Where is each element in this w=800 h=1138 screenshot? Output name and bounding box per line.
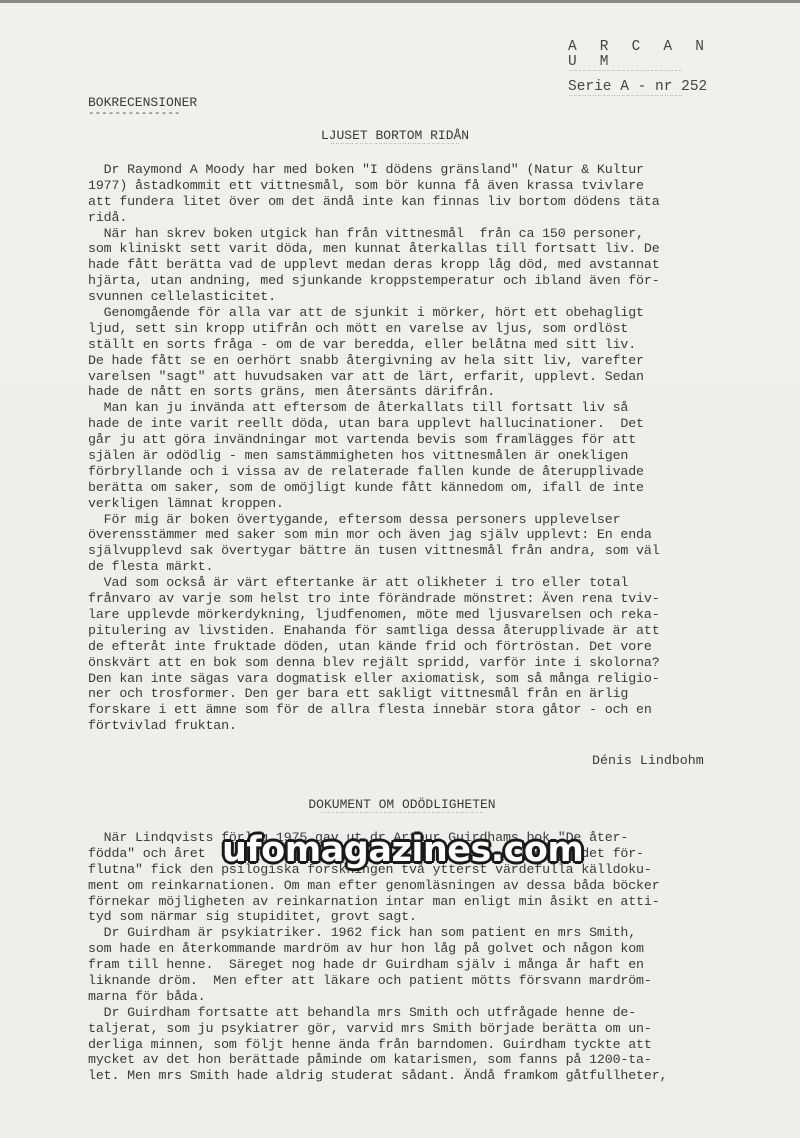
- watermark-logo: ufomagazines.com: [222, 830, 583, 870]
- text-line: Den kan inte sägas vara dogmatisk eller …: [88, 671, 728, 687]
- section-label-underline: --------------: [88, 110, 197, 118]
- text-line: de flesta märkt.: [88, 559, 728, 575]
- text-line: fram till henne. Säreget nog hade dr Gui…: [88, 957, 728, 973]
- text-line: går ju att göra invändningar mot vartend…: [88, 432, 728, 448]
- review1-title: LJUSET BORTOM RIDÅN: [290, 129, 500, 143]
- text-line: forskare i ett ämne som för de allra fle…: [88, 702, 728, 718]
- review2-heading: DOKUMENT OM ODÖDLIGHETEN """""""""""""""…: [282, 798, 522, 819]
- text-line: förbryllande och i vissa av de relaterad…: [88, 464, 728, 480]
- section-label: BOKRECENSIONER --------------: [88, 96, 197, 118]
- text-line: önskvärt att en bok som denna blev rejäl…: [88, 655, 728, 671]
- text-line: ställt en sorts fråga - om de var beredd…: [88, 337, 728, 353]
- text-line: Genomgående för alla var att de sjunkit …: [88, 305, 728, 321]
- text-line: ner och trosformer. Den ger bara ett sak…: [88, 686, 728, 702]
- magazine-title: A R C A N U M: [568, 40, 728, 70]
- page-top-edge: [0, 0, 800, 3]
- review2-title-underline: """""""""""""""""""""""""""""""""": [282, 812, 522, 819]
- text-line: svunnen cellelasticitet.: [88, 289, 728, 305]
- text-line: förtvivlad fruktan.: [88, 718, 728, 734]
- text-line: förnekar möjligheten av reinkarnation in…: [88, 894, 728, 910]
- text-line: Man kan ju invända att eftersom de återk…: [88, 400, 728, 416]
- text-line: liknande dröm. Men efter att läkare och …: [88, 973, 728, 989]
- text-line: När han skrev boken utgick han från vitt…: [88, 226, 728, 242]
- text-line: ljud, sett sin kropp utifrån och mött en…: [88, 321, 728, 337]
- text-line: överensstämmer med saker som min mor och…: [88, 527, 728, 543]
- text-line: hade de nått en sorts gräns, men återsän…: [88, 384, 728, 400]
- text-line: som kliniskt sett varit döda, men kunnat…: [88, 241, 728, 257]
- text-line: mycket av det hon berättade påminde om k…: [88, 1052, 728, 1068]
- text-line: verkligen lämnat kroppen.: [88, 496, 728, 512]
- text-line: Dr Raymond A Moody har med boken "I döde…: [88, 162, 728, 178]
- text-line: självupplevd sak övertygar bättre än tus…: [88, 543, 728, 559]
- text-line: Vad som också är värt eftertanke är att …: [88, 575, 728, 591]
- document-page: A R C A N U M """""""""""""""""""""""" S…: [0, 0, 800, 1138]
- text-line: Dr Guirdham fortsatte att behandla mrs S…: [88, 1005, 728, 1021]
- text-line: pitulering av livstiden. Enahanda för sa…: [88, 623, 728, 639]
- text-line: taljerat, som ju psykiatrer gör, varvid …: [88, 1021, 728, 1037]
- text-line: hade de inte varit reellt döda, utan bar…: [88, 416, 728, 432]
- text-line: let. Men mrs Smith hade aldrig studerat …: [88, 1068, 728, 1084]
- text-line: att fundera litet över om det ändå inte …: [88, 194, 728, 210]
- text-line: marna för båda.: [88, 989, 728, 1005]
- text-line: varelsen "sagt" att huvudsaken var att d…: [88, 369, 728, 385]
- text-line: 1977) åstadkommit ett vittnesmål, som bö…: [88, 178, 728, 194]
- review1-heading: LJUSET BORTOM RIDÅN """"""""""""""""""""…: [290, 129, 500, 150]
- review2-title: DOKUMENT OM ODÖDLIGHETEN: [282, 798, 522, 812]
- text-line: ridå.: [88, 210, 728, 226]
- review1-body: Dr Raymond A Moody har med boken "I döde…: [88, 162, 728, 734]
- text-line: hade fått berätta vad de upplevt medan d…: [88, 257, 728, 273]
- text-line: lare upplevde mörkerdykning, ljudfenomen…: [88, 607, 728, 623]
- text-line: frånvaro av varje som helst tro inte för…: [88, 591, 728, 607]
- text-line: Dr Guirdham är psykiatriker. 1962 fick h…: [88, 925, 728, 941]
- text-line: derliga minnen, som följt henne ända frå…: [88, 1037, 728, 1053]
- series-number: Serie A - nr 252: [568, 80, 728, 95]
- text-line: tyd som närmar sig stupiditet, grovt sag…: [88, 909, 728, 925]
- text-line: som hade en återkommande mardröm av hur …: [88, 941, 728, 957]
- masthead: A R C A N U M """""""""""""""""""""""" S…: [568, 40, 728, 102]
- text-line: ment om reinkarnationen. Om man efter ge…: [88, 878, 728, 894]
- text-line: De hade fått se en oerhört snabb återgiv…: [88, 353, 728, 369]
- review1-title-underline: """"""""""""""""""""""""""": [290, 143, 500, 150]
- title-double-underline: """""""""""""""""""""""": [568, 70, 728, 77]
- text-line: berätta om saker, som de omöjligt kunde …: [88, 480, 728, 496]
- series-double-underline: """""""""""""""""""""""": [568, 95, 728, 102]
- text-line: hjärta, utan andning, med sjunkande krop…: [88, 273, 728, 289]
- text-line: själen är odödlig - men samstämmigheten …: [88, 448, 728, 464]
- text-line: För mig är boken övertygande, eftersom d…: [88, 512, 728, 528]
- review1-signature: Dénis Lindbohm: [592, 753, 704, 768]
- text-line: de efteråt inte fruktade döden, utan kän…: [88, 639, 728, 655]
